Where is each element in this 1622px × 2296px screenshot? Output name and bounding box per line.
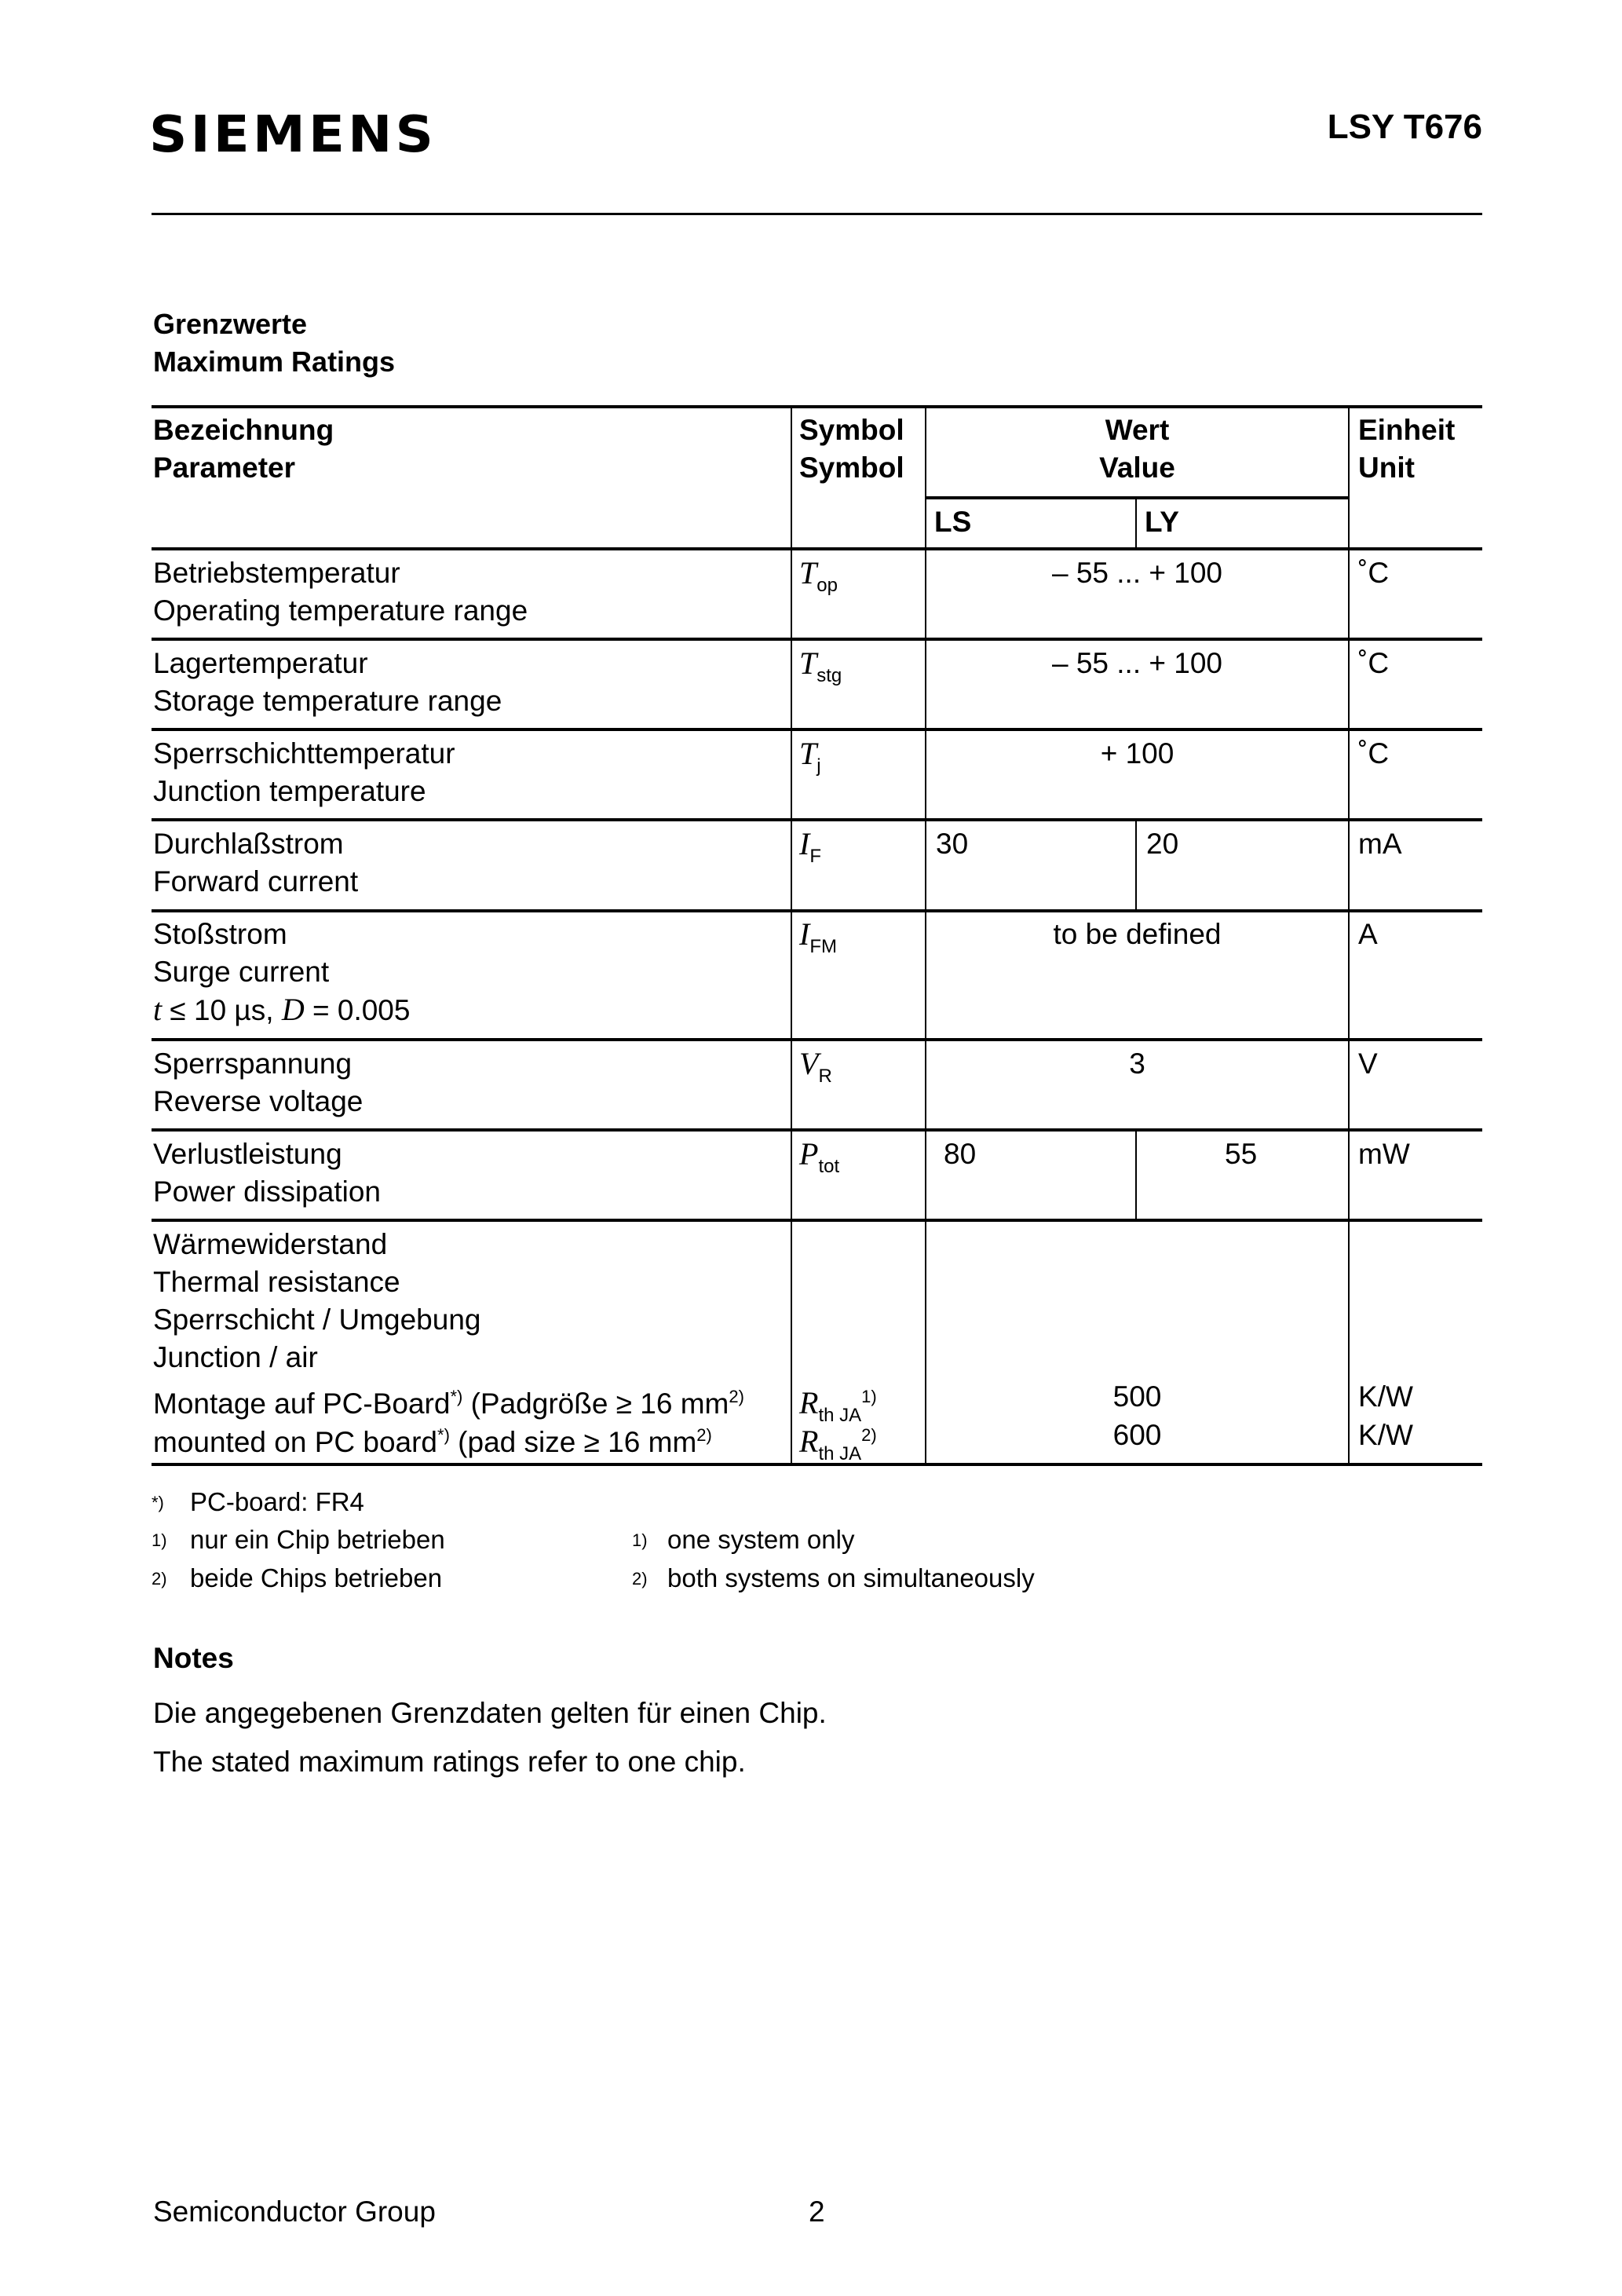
row-rule xyxy=(152,1219,1482,1222)
footer-group: Semiconductor Group xyxy=(153,2193,436,2231)
param-en: Surge current xyxy=(153,953,329,991)
unit: K/W xyxy=(1358,1417,1413,1454)
param-en: Storage temperature range xyxy=(153,682,502,720)
value: – 55 ... + 100 xyxy=(926,554,1348,592)
param-en: Junction temperature xyxy=(153,773,426,810)
value-ls: 30 xyxy=(936,825,968,863)
unit: A xyxy=(1358,916,1378,953)
row-rule xyxy=(152,728,1482,731)
symbol: Top xyxy=(799,554,838,605)
param-en: Power dissipation xyxy=(153,1173,381,1211)
siemens-logo: SIEMENS xyxy=(149,110,437,160)
symbol: Ptot xyxy=(799,1135,839,1186)
unit: ˚C xyxy=(1358,735,1389,773)
symbol: IFM xyxy=(799,916,837,966)
footnote-text: one system only xyxy=(667,1521,854,1559)
param-line: Thermal resistance xyxy=(153,1263,400,1301)
notes-line-en: The stated maximum ratings refer to one … xyxy=(153,1743,746,1781)
symbol: VR xyxy=(799,1045,832,1095)
footnote-mark: 1) xyxy=(632,1522,648,1559)
notes-line-de: Die angegebenen Grenzdaten gelten für ei… xyxy=(153,1695,827,1732)
row-rule xyxy=(152,638,1482,641)
header-unit-de: Einheit xyxy=(1358,411,1455,449)
value: 500 xyxy=(926,1378,1348,1416)
part-number: LSY T676 xyxy=(1328,110,1482,144)
header-symbol-de: Symbol xyxy=(799,411,904,449)
param-en: Forward current xyxy=(153,863,358,901)
param-line: Junction / air xyxy=(153,1339,318,1377)
header-rule xyxy=(152,213,1482,215)
footnote-mark: 2) xyxy=(632,1560,648,1598)
value: 600 xyxy=(926,1417,1348,1454)
row-rule xyxy=(152,547,1482,550)
unit: ˚C xyxy=(1358,554,1389,592)
unit: mW xyxy=(1358,1135,1410,1173)
param-de: Durchlaßstrom xyxy=(153,825,344,863)
footnote-mark: 2) xyxy=(152,1560,167,1598)
header-ly: LY xyxy=(1145,503,1179,541)
header-param-de: Bezeichnung xyxy=(153,411,334,449)
value-ls: 80 xyxy=(944,1135,976,1173)
section-title-de: Grenzwerte xyxy=(153,305,307,343)
row-rule xyxy=(152,1128,1482,1132)
param-line: Wärmewiderstand xyxy=(153,1226,387,1263)
unit: K/W xyxy=(1358,1378,1413,1416)
footnote-text: beide Chips betrieben xyxy=(190,1559,442,1597)
ls-ly-divider xyxy=(1135,820,1137,911)
header-symbol-en: Symbol xyxy=(799,449,904,487)
param-line: Sperrschicht / Umgebung xyxy=(153,1301,480,1339)
param-de: Verlustleistung xyxy=(153,1135,342,1173)
footnote-text: PC-board: FR4 xyxy=(190,1483,364,1521)
row-rule xyxy=(152,1038,1482,1041)
notes-title: Notes xyxy=(153,1640,234,1677)
header-unit-en: Unit xyxy=(1358,449,1415,487)
col-divider xyxy=(791,407,792,1464)
row-rule xyxy=(152,909,1482,912)
header-value-de: Wert xyxy=(926,411,1348,449)
param-de: Lagertemperatur xyxy=(153,645,368,682)
footnote-mark: *) xyxy=(152,1484,164,1522)
symbol: Tstg xyxy=(799,645,842,695)
param-en: Reverse voltage xyxy=(153,1083,363,1121)
value: to be defined xyxy=(926,916,1348,953)
value: + 100 xyxy=(926,735,1348,773)
unit: V xyxy=(1358,1045,1378,1083)
symbol: Rth JA2) xyxy=(799,1417,877,1473)
value: – 55 ... + 100 xyxy=(926,645,1348,682)
header-ls: LS xyxy=(934,503,971,541)
param-condition: t ≤ 10 µs, D = 0.005 xyxy=(153,991,410,1029)
symbol: IF xyxy=(799,825,821,876)
footnote-text: nur ein Chip betrieben xyxy=(190,1521,445,1559)
section-title-en: Maximum Ratings xyxy=(153,343,395,381)
param-en: Operating temperature range xyxy=(153,592,528,630)
row-rule xyxy=(152,818,1482,821)
footnote-text: both systems on simultaneously xyxy=(667,1559,1035,1597)
page-number: 2 xyxy=(809,2193,825,2231)
header-value-en: Value xyxy=(926,449,1348,487)
unit: ˚C xyxy=(1358,645,1389,682)
symbol: Tj xyxy=(799,735,821,785)
unit: mA xyxy=(1358,825,1402,863)
param-de: Sperrschichttemperatur xyxy=(153,735,455,773)
param-mount-en: mounted on PC board*) (pad size ≥ 16 mm2… xyxy=(153,1417,712,1461)
param-de: Stoßstrom xyxy=(153,916,287,953)
param-de: Sperrspannung xyxy=(153,1045,352,1083)
footnote-mark: 1) xyxy=(152,1522,167,1559)
ls-ly-divider xyxy=(1135,498,1137,549)
value-ly: 55 xyxy=(1225,1135,1257,1173)
value-ly: 20 xyxy=(1146,825,1178,863)
table-top-rule xyxy=(152,405,1482,408)
col-divider xyxy=(1348,407,1350,1464)
param-de: Betriebstemperatur xyxy=(153,554,400,592)
value: 3 xyxy=(926,1045,1348,1083)
header-param-en: Parameter xyxy=(153,449,295,487)
ls-ly-divider xyxy=(1135,1130,1137,1220)
